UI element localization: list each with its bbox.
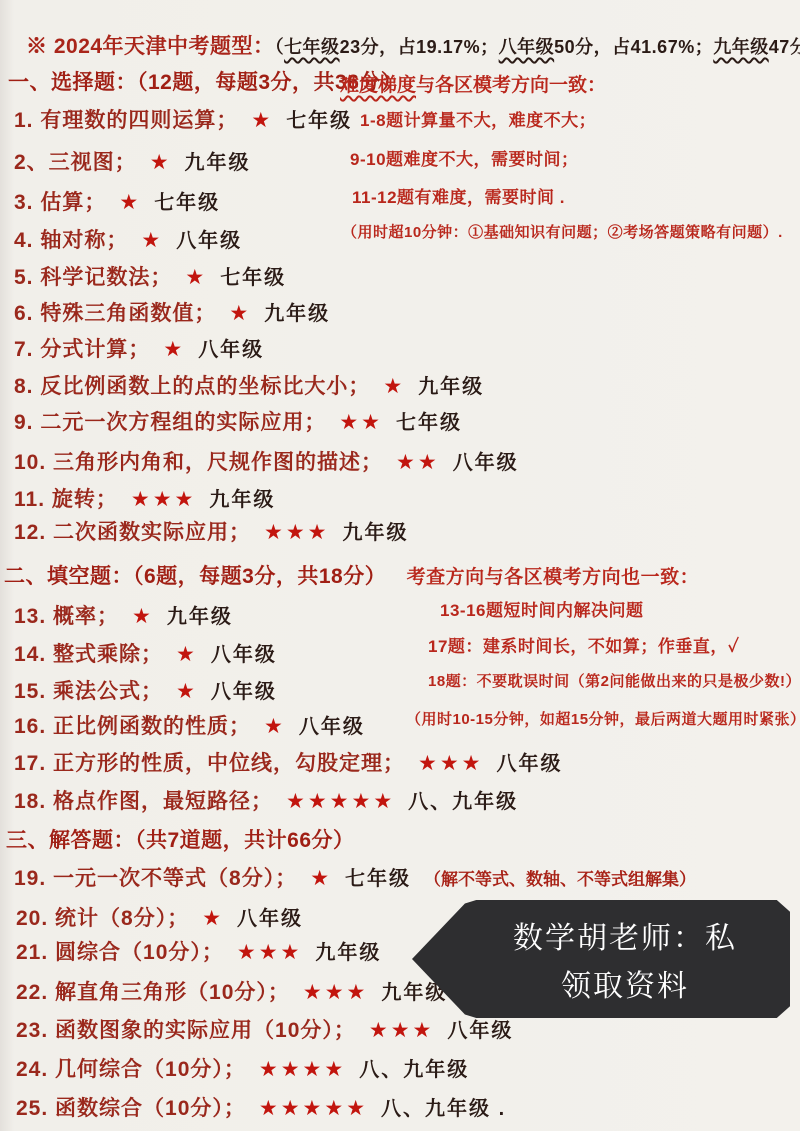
item-label: 25. 函数综合（10分）；	[16, 1092, 246, 1122]
section2-note-1: 13-16题短时间内解决问题	[440, 596, 643, 621]
item-grade: 八年级	[497, 747, 563, 776]
item-grade: 八年级	[176, 224, 242, 253]
list-item: 18. 格点作图，最短路径； ★★★★★ 八、九年级	[14, 785, 518, 815]
section1-note-1: 1-8题计算量不大，难度不大；	[360, 106, 596, 131]
section3-heading: 三、解答题：（共7道题，共计66分）	[6, 824, 355, 854]
section1-note-3: 11-12题有难度，需要时间 .	[352, 183, 565, 208]
handwritten-notes-page: ※ 2024年天津中考题型：（七年级23分，占19.17%；八年级50分，占41…	[0, 0, 800, 1131]
item-grade: 八年级	[237, 902, 303, 931]
item-label: 4. 轴对称；	[14, 224, 128, 254]
star-rating: ★	[176, 679, 198, 704]
title-grade7: 七年级	[284, 37, 340, 57]
title-grade8: 八年级	[499, 37, 555, 57]
item-grade: 九年级	[315, 936, 381, 965]
item-label: 1. 有理数的四则运算；	[14, 104, 238, 134]
item-label: 13. 概率；	[14, 600, 119, 630]
list-item: 23. 函数图象的实际应用（10分）； ★★★ 八年级	[16, 1014, 513, 1044]
star-rating: ★	[176, 642, 198, 667]
section2-side-heading: 考查方向与各区模考方向也一致：	[407, 567, 700, 588]
star-rating: ★★★	[303, 980, 368, 1005]
star-rating: ★	[310, 866, 332, 891]
item-label: 7. 分式计算；	[14, 333, 150, 363]
title-red-part: ※ 2024年天津中考题型：	[26, 35, 275, 58]
title-grade9: 九年级	[713, 37, 769, 57]
star-rating: ★★	[339, 410, 383, 435]
title-grade7-score: 23分，占19.17%；	[340, 37, 499, 57]
star-rating: ★★★★★	[286, 789, 395, 814]
item-grade: 七年级	[220, 261, 286, 290]
star-rating: ★★	[396, 450, 440, 475]
section1-note-2: 9-10题难度不大，需要时间；	[350, 145, 579, 170]
star-rating: ★	[163, 337, 185, 362]
watermark-promo-tag: 数学胡老师：私 领取资料	[412, 900, 790, 1018]
title-grade9-score: 47分，占39.17%）	[769, 37, 800, 57]
list-item: 3. 估算； ★ 七年级	[14, 186, 220, 216]
star-rating: ★	[202, 906, 224, 931]
item-grade: 九年级	[343, 516, 409, 545]
list-item: 13. 概率； ★ 九年级	[14, 600, 233, 630]
star-rating: ★	[141, 228, 163, 253]
item-label: 10. 三角形内角和，尺规作图的描述；	[14, 446, 383, 476]
list-item: 2、三视图； ★ 九年级	[14, 146, 251, 176]
item-extra-note: （解不等式、数轴、不等式组解集）	[424, 865, 696, 890]
list-item: 11. 旋转； ★★★ 九年级	[14, 483, 275, 513]
item-label: 17. 正方形的性质，中位线，勾股定理；	[14, 747, 405, 777]
star-rating: ★★★★	[259, 1057, 346, 1082]
list-item: 22. 解直角三角形（10分）； ★★★ 九年级	[16, 976, 447, 1006]
star-rating: ★	[229, 301, 251, 326]
item-label: 22. 解直角三角形（10分）；	[16, 976, 290, 1006]
item-label: 24. 几何综合（10分）；	[16, 1053, 246, 1083]
item-grade: 七年级	[345, 862, 411, 891]
star-rating: ★★★★★	[259, 1096, 368, 1121]
item-grade: 八年级	[211, 675, 277, 704]
list-item: 21. 圆综合（10分）； ★★★ 九年级	[16, 936, 381, 966]
item-label: 23. 函数图象的实际应用（10分）；	[16, 1014, 356, 1044]
star-rating: ★	[264, 714, 286, 739]
item-label: 11. 旋转；	[14, 483, 118, 513]
section2-note-4: （用时10-15分钟，如超15分钟，最后两道大题用时紧张）	[406, 708, 800, 729]
item-label: 12. 二次函数实际应用；	[14, 516, 251, 546]
item-label: 8. 反比例函数上的点的坐标比大小；	[14, 370, 370, 400]
list-item: 6. 特殊三角函数值； ★ 九年级	[14, 297, 330, 327]
list-item: 5. 科学记数法； ★ 七年级	[14, 261, 286, 291]
item-grade: 八、九年级	[408, 785, 518, 814]
item-label: 16. 正比例函数的性质；	[14, 710, 251, 740]
item-grade: 九年级	[264, 297, 330, 326]
list-item: 8. 反比例函数上的点的坐标比大小； ★ 九年级	[14, 370, 484, 400]
list-item: 16. 正比例函数的性质； ★ 八年级	[14, 710, 365, 740]
item-label: 21. 圆综合（10分）；	[16, 936, 224, 966]
item-grade: 九年级	[185, 146, 251, 175]
list-item: 10. 三角形内角和，尺规作图的描述； ★★ 八年级	[14, 446, 519, 476]
list-item: 19. 一元一次不等式（8分）； ★ 七年级 （解不等式、数轴、不等式组解集）	[14, 862, 696, 892]
item-grade: 九年级	[418, 370, 484, 399]
page-title: ※ 2024年天津中考题型：（七年级23分，占19.17%；八年级50分，占41…	[26, 30, 800, 60]
title-open-paren: （	[275, 37, 285, 57]
section2-note-2: 17题：建系时间长，不如算；作垂直，✓	[428, 632, 739, 657]
item-grade: 八年级	[299, 710, 365, 739]
star-rating: ★★★	[369, 1018, 434, 1043]
watermark-line1: 数学胡老师：私	[513, 913, 737, 957]
star-rating: ★★★	[264, 520, 329, 545]
item-grade: 八年级	[447, 1014, 513, 1043]
item-grade: 八年级	[211, 638, 277, 667]
item-grade: 九年级	[167, 600, 233, 629]
star-rating: ★★★	[131, 487, 196, 512]
star-rating: ★	[185, 265, 207, 290]
list-item: 14. 整式乘除； ★ 八年级	[14, 638, 277, 668]
list-item: 15. 乘法公式； ★ 八年级	[14, 675, 277, 705]
item-label: 20. 统计（8分）；	[16, 902, 189, 932]
item-label: 19. 一元一次不等式（8分）；	[14, 862, 297, 892]
item-label: 5. 科学记数法；	[14, 261, 172, 291]
list-item: 25. 函数综合（10分）； ★★★★★ 八、九年级 .	[16, 1092, 506, 1122]
item-label: 18. 格点作图，最短路径；	[14, 785, 273, 815]
item-grade: 七年级	[396, 406, 462, 435]
section2-heading-text: 二、填空题：（6题，每题3分，共18分）	[4, 565, 386, 588]
item-grade: 八、九年级	[359, 1053, 469, 1082]
item-grade: 七年级	[286, 104, 352, 133]
section1-note-4: （用时超10分钟：①基础知识有问题；②考场答题策略有问题）.	[342, 221, 783, 242]
item-label: 3. 估算；	[14, 186, 106, 216]
section2-note-3: 18题：不要耽误时间（第2问能做出来的只是极少数!）	[428, 670, 800, 691]
star-rating: ★	[132, 604, 154, 629]
star-rating: ★	[251, 108, 273, 133]
star-rating: ★	[150, 150, 172, 175]
item-grade: 七年级	[154, 186, 220, 215]
title-grade8-score: 50分，占41.67%；	[554, 37, 713, 57]
list-item: 24. 几何综合（10分）； ★★★★ 八、九年级	[16, 1053, 469, 1083]
item-label: 14. 整式乘除；	[14, 638, 163, 668]
item-label: 15. 乘法公式；	[14, 675, 163, 705]
star-rating: ★★★	[237, 940, 302, 965]
item-grade: 八年级	[198, 333, 264, 362]
item-grade: 八、九年级 .	[381, 1092, 506, 1121]
item-label: 2、三视图；	[14, 146, 137, 176]
star-rating: ★	[119, 190, 141, 215]
list-item: 4. 轴对称； ★ 八年级	[14, 224, 242, 254]
star-rating: ★	[383, 374, 405, 399]
list-item: 1. 有理数的四则运算； ★ 七年级	[14, 104, 352, 134]
list-item: 20. 统计（8分）； ★ 八年级	[16, 902, 303, 932]
watermark-line2: 领取资料	[561, 961, 689, 1005]
section1-side-heading: 难度梯度与各区模考方向一致：	[340, 70, 606, 97]
item-label: 6. 特殊三角函数值；	[14, 297, 216, 327]
list-item: 9. 二元一次方程组的实际应用； ★★ 七年级	[14, 406, 462, 436]
section1-side-underlined: 难度梯度	[340, 75, 416, 96]
item-grade: 九年级	[209, 483, 275, 512]
section1-side-rest: 与各区模考方向一致：	[416, 75, 606, 96]
star-rating: ★★★	[418, 751, 483, 776]
section2-heading: 二、填空题：（6题，每题3分，共18分） 考查方向与各区模考方向也一致：	[4, 560, 699, 590]
list-item: 17. 正方形的性质，中位线，勾股定理； ★★★ 八年级	[14, 747, 563, 777]
item-label: 9. 二元一次方程组的实际应用；	[14, 406, 326, 436]
list-item: 12. 二次函数实际应用； ★★★ 九年级	[14, 516, 409, 546]
list-item: 7. 分式计算； ★ 八年级	[14, 333, 264, 363]
item-grade: 八年级	[453, 446, 519, 475]
